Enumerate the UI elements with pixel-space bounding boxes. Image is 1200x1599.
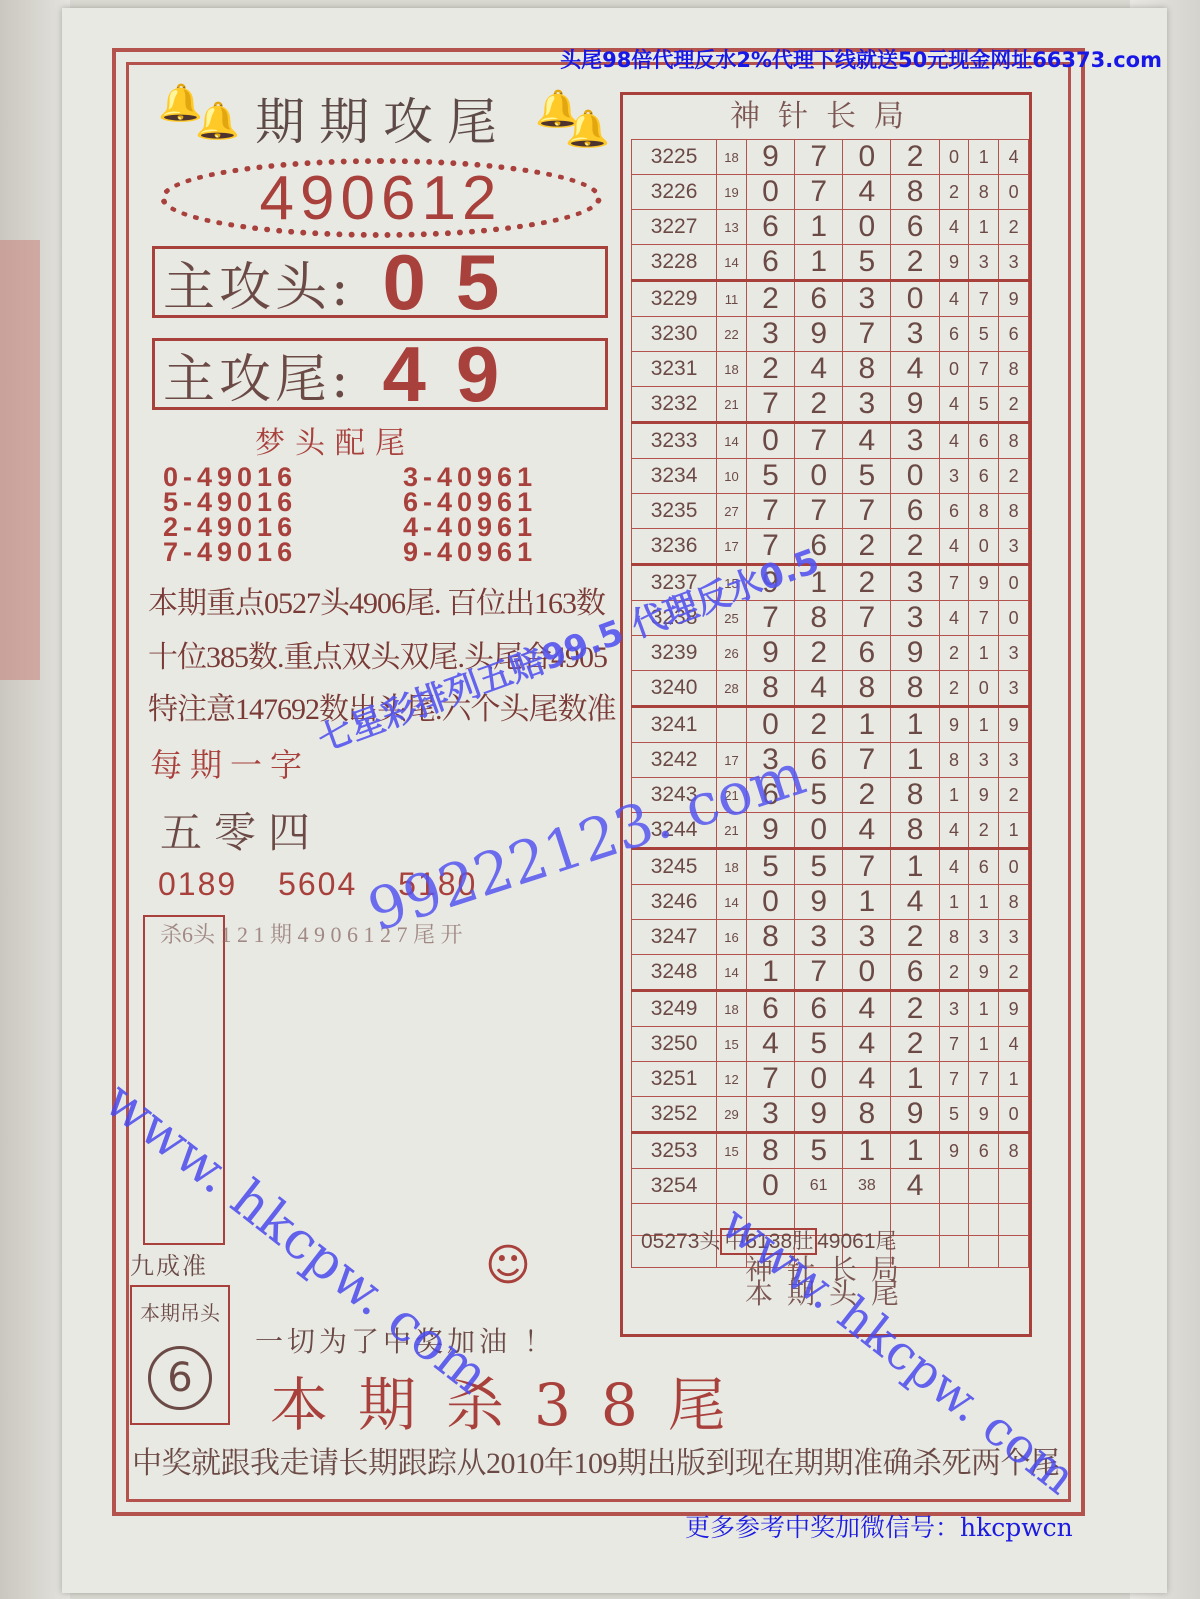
main-head-box: 主攻头: 05 bbox=[152, 246, 608, 318]
tail-digit: 0 bbox=[969, 671, 999, 707]
tail-digit: 0 bbox=[939, 352, 969, 387]
table-row: 3225189702014 bbox=[632, 140, 1029, 175]
sum-value: 18 bbox=[717, 140, 747, 175]
result-digit: 1 bbox=[891, 1133, 939, 1169]
tail-digit: 9 bbox=[939, 245, 969, 281]
result-digit: 6 bbox=[746, 210, 794, 245]
result-digit: 2 bbox=[891, 529, 939, 565]
tail-digit: 9 bbox=[969, 778, 999, 813]
tail-digit: 5 bbox=[969, 387, 999, 423]
watermark-top-ad: 头尾98倍代理反水2%代理下线就送50元现金网址66373.com bbox=[560, 44, 1162, 74]
table-row: 3226190748280 bbox=[632, 175, 1029, 210]
result-digit: 3 bbox=[891, 317, 939, 352]
result-digit: 1 bbox=[891, 707, 939, 743]
result-digit: 2 bbox=[891, 245, 939, 281]
result-digit: 9 bbox=[795, 885, 843, 920]
combo-item: 7-49016 bbox=[163, 537, 297, 568]
table-row: 3233140743468 bbox=[632, 423, 1029, 459]
issue-number: 3233 bbox=[632, 423, 717, 459]
result-digit: 4 bbox=[843, 423, 891, 459]
issue-number: 3250 bbox=[632, 1027, 717, 1062]
result-digit: 4 bbox=[746, 1027, 794, 1062]
table-row: 3245185571460 bbox=[632, 849, 1029, 885]
result-digit: 0 bbox=[746, 1169, 794, 1204]
tail-digit: 8 bbox=[999, 423, 1029, 459]
result-digit: 5 bbox=[795, 1027, 843, 1062]
result-digit: 2 bbox=[891, 991, 939, 1027]
result-digit: 7 bbox=[795, 175, 843, 210]
issue-number: 3230 bbox=[632, 317, 717, 352]
result-digit: 7 bbox=[746, 601, 794, 636]
tail-digit: 9 bbox=[969, 565, 999, 601]
result-digit: 4 bbox=[795, 671, 843, 707]
tail-digit: 2 bbox=[999, 778, 1029, 813]
tail-digit: 2 bbox=[999, 955, 1029, 991]
tail-digit: 6 bbox=[969, 423, 999, 459]
result-digit: 0 bbox=[843, 140, 891, 175]
result-digit: 3 bbox=[843, 281, 891, 317]
sum-value bbox=[717, 707, 747, 743]
result-digit: 5 bbox=[795, 1133, 843, 1169]
combo-title: 梦头配尾 bbox=[255, 418, 415, 462]
result-digit: 7 bbox=[795, 423, 843, 459]
sum-value: 18 bbox=[717, 991, 747, 1027]
tail-digit: 8 bbox=[999, 885, 1029, 920]
result-digit: 1 bbox=[843, 885, 891, 920]
kill-tail-banner: 本期杀38尾 bbox=[270, 1358, 756, 1442]
sum-value: 18 bbox=[717, 849, 747, 885]
result-digit: 8 bbox=[746, 920, 794, 955]
result-digit: 0 bbox=[891, 281, 939, 317]
tail-digit: 0 bbox=[999, 601, 1029, 636]
issue-number: 3246 bbox=[632, 885, 717, 920]
tail-digit: 8 bbox=[999, 352, 1029, 387]
ninety-accuracy-label: 九成准 bbox=[130, 1246, 208, 1281]
issue-number: 3240 bbox=[632, 671, 717, 707]
featured-number-oval: 490612 bbox=[160, 158, 602, 238]
result-digit: 2 bbox=[891, 140, 939, 175]
issue-number: 3248 bbox=[632, 955, 717, 991]
result-digit: 3 bbox=[891, 565, 939, 601]
result-digit: 9 bbox=[891, 1097, 939, 1133]
sum-value: 14 bbox=[717, 955, 747, 991]
tail-digit: 3 bbox=[969, 245, 999, 281]
tail-digit: 7 bbox=[969, 1062, 999, 1097]
result-digit: 7 bbox=[795, 494, 843, 529]
tail-digit: 4 bbox=[999, 1027, 1029, 1062]
sum-value: 21 bbox=[717, 387, 747, 423]
tail-digit: 3 bbox=[999, 245, 1029, 281]
tail-digit: 1 bbox=[969, 140, 999, 175]
tail-digit: 8 bbox=[939, 920, 969, 955]
hanging-head-value: 6 bbox=[148, 1346, 212, 1410]
table-row: 3239269269213 bbox=[632, 636, 1029, 671]
issue-number: 3241 bbox=[632, 707, 717, 743]
result-digit: 0 bbox=[891, 459, 939, 494]
tail-digit: 6 bbox=[999, 317, 1029, 352]
result-digit: 2 bbox=[746, 352, 794, 387]
result-digit: 8 bbox=[746, 671, 794, 707]
tail-digit bbox=[969, 1169, 999, 1204]
tail-digit: 2 bbox=[999, 459, 1029, 494]
result-digit: 9 bbox=[746, 140, 794, 175]
tail-digit: 2 bbox=[999, 387, 1029, 423]
featured-number: 490612 bbox=[260, 163, 503, 234]
result-digit: 1 bbox=[746, 955, 794, 991]
table-row: 3230223973656 bbox=[632, 317, 1029, 352]
result-digit: 1 bbox=[843, 707, 891, 743]
result-digit: 6 bbox=[795, 281, 843, 317]
tail-digit: 4 bbox=[939, 387, 969, 423]
tail-digit: 1 bbox=[969, 1027, 999, 1062]
table-title: 神针长局 bbox=[623, 95, 1029, 139]
sum-value: 28 bbox=[717, 671, 747, 707]
tail-digit: 3 bbox=[999, 920, 1029, 955]
result-digit: 4 bbox=[891, 885, 939, 920]
result-digit: 2 bbox=[843, 529, 891, 565]
result-digit: 4 bbox=[891, 352, 939, 387]
table-row: 3247168332833 bbox=[632, 920, 1029, 955]
result-digit: 7 bbox=[843, 494, 891, 529]
result-digit: 0 bbox=[843, 210, 891, 245]
result-digit: 7 bbox=[843, 849, 891, 885]
result-digit: 8 bbox=[795, 601, 843, 636]
tail-digit: 0 bbox=[999, 1097, 1029, 1133]
tail-digit: 9 bbox=[939, 1133, 969, 1169]
tail-digit: 0 bbox=[999, 175, 1029, 210]
tail-digit: 6 bbox=[939, 317, 969, 352]
hanging-head-box: 本期吊头 6 bbox=[130, 1285, 230, 1425]
tail-digit: 5 bbox=[939, 1097, 969, 1133]
tail-digit: 0 bbox=[999, 565, 1029, 601]
result-digit: 8 bbox=[891, 175, 939, 210]
tail-digit: 8 bbox=[999, 1133, 1029, 1169]
watermark-bottom-wechat: 更多参考中奖加微信号：hkcpwcn bbox=[685, 1508, 1073, 1544]
sum-value: 12 bbox=[717, 1062, 747, 1097]
tail-digit: 1 bbox=[999, 813, 1029, 849]
result-digit: 9 bbox=[795, 1097, 843, 1133]
tail-digit: 1 bbox=[969, 636, 999, 671]
bell-icon: 🔔 bbox=[195, 100, 240, 142]
tail-digit: 4 bbox=[939, 601, 969, 636]
tail-digit: 7 bbox=[969, 281, 999, 317]
sum-value: 14 bbox=[717, 245, 747, 281]
result-digit: 8 bbox=[891, 671, 939, 707]
tail-digit: 3 bbox=[939, 459, 969, 494]
tail-digit: 0 bbox=[969, 529, 999, 565]
result-digit: 7 bbox=[795, 955, 843, 991]
bell-icon: 🔔 bbox=[565, 108, 610, 150]
main-head-label: 主攻头: bbox=[155, 245, 353, 320]
result-digit: 7 bbox=[795, 140, 843, 175]
tail-digit: 0 bbox=[999, 849, 1029, 885]
footer-head: 05273头 bbox=[641, 1230, 720, 1253]
result-digit: 8 bbox=[843, 352, 891, 387]
result-digit: 0 bbox=[795, 813, 843, 849]
tail-digit: 4 bbox=[999, 140, 1029, 175]
table-row: 3251127041771 bbox=[632, 1062, 1029, 1097]
table-row: 3227136106412 bbox=[632, 210, 1029, 245]
table-row: 3235277776688 bbox=[632, 494, 1029, 529]
tail-digit: 4 bbox=[939, 281, 969, 317]
tail-digit: 2 bbox=[939, 955, 969, 991]
tail-digit: 9 bbox=[939, 707, 969, 743]
tail-digit: 3 bbox=[999, 743, 1029, 778]
result-digit: 4 bbox=[795, 352, 843, 387]
tail-digit: 7 bbox=[939, 565, 969, 601]
tail-digit: 3 bbox=[999, 671, 1029, 707]
tail-digit: 7 bbox=[969, 352, 999, 387]
result-digit: 3 bbox=[795, 920, 843, 955]
tail-digit: 1 bbox=[969, 210, 999, 245]
result-digit: 0 bbox=[746, 423, 794, 459]
tail-digit: 1 bbox=[969, 991, 999, 1027]
tail-digit: 8 bbox=[969, 175, 999, 210]
tail-digit: 9 bbox=[999, 281, 1029, 317]
result-digit: 2 bbox=[795, 707, 843, 743]
result-digit: 3 bbox=[891, 601, 939, 636]
note-line: 本期重点0527头4906尾. 百位出163数 bbox=[148, 578, 605, 622]
bottom-slogan: 中奖就跟我走请长期跟踪从2010年109期出版到现在期期准确杀死两个尾 bbox=[132, 1438, 1060, 1482]
tail-digit: 4 bbox=[939, 210, 969, 245]
main-head-value: 05 bbox=[383, 237, 530, 328]
issue-number: 3228 bbox=[632, 245, 717, 281]
tail-digit: 3 bbox=[969, 743, 999, 778]
tail-digit: 2 bbox=[969, 813, 999, 849]
tail-digit bbox=[999, 1169, 1029, 1204]
sum-value: 27 bbox=[717, 494, 747, 529]
sum-value: 18 bbox=[717, 352, 747, 387]
sum-value: 22 bbox=[717, 317, 747, 352]
sum-value: 14 bbox=[717, 885, 747, 920]
table-row: 3254061384 bbox=[632, 1169, 1029, 1204]
result-digit: 1 bbox=[795, 245, 843, 281]
tail-digit: 4 bbox=[939, 813, 969, 849]
result-digit: 2 bbox=[746, 281, 794, 317]
issue-number: 3229 bbox=[632, 281, 717, 317]
sum-value: 19 bbox=[717, 175, 747, 210]
table-row: 3252293989590 bbox=[632, 1097, 1029, 1133]
result-digit: 0 bbox=[795, 1062, 843, 1097]
table-row: 3236177622403 bbox=[632, 529, 1029, 565]
tail-digit: 6 bbox=[969, 849, 999, 885]
tail-digit: 7 bbox=[939, 1027, 969, 1062]
result-digit: 6 bbox=[795, 991, 843, 1027]
main-tail-box: 主攻尾: 49 bbox=[152, 338, 608, 410]
result-digit: 4 bbox=[843, 813, 891, 849]
issue-number: 3231 bbox=[632, 352, 717, 387]
result-digit: 5 bbox=[843, 245, 891, 281]
daily-digit-value: 五零四 bbox=[160, 800, 322, 860]
result-digit: 7 bbox=[843, 743, 891, 778]
issue-number: 3254 bbox=[632, 1169, 717, 1204]
tail-digit: 7 bbox=[969, 601, 999, 636]
tail-digit: 3 bbox=[999, 529, 1029, 565]
issue-number: 3235 bbox=[632, 494, 717, 529]
result-digit: 7 bbox=[843, 601, 891, 636]
table-row: 3231182484078 bbox=[632, 352, 1029, 387]
result-digit: 1 bbox=[843, 1133, 891, 1169]
table-row: 3228146152933 bbox=[632, 245, 1029, 281]
result-digit: 0 bbox=[795, 459, 843, 494]
tail-digit: 1 bbox=[939, 778, 969, 813]
issue-number: 3247 bbox=[632, 920, 717, 955]
needle-table-panel: 神针长局 32251897020143226190748280322713610… bbox=[620, 92, 1032, 1337]
issue-number: 3252 bbox=[632, 1097, 717, 1133]
result-digit: 0 bbox=[746, 175, 794, 210]
result-digit: 5 bbox=[746, 459, 794, 494]
combo-item: 9-40961 bbox=[403, 537, 537, 568]
result-digit: 6 bbox=[746, 991, 794, 1027]
result-digit: 8 bbox=[891, 778, 939, 813]
sum-value: 15 bbox=[717, 1027, 747, 1062]
result-digit: 3 bbox=[843, 387, 891, 423]
sheet-title: 期期攻尾 bbox=[255, 82, 511, 154]
result-digit: 8 bbox=[843, 1097, 891, 1133]
result-digit: 5 bbox=[795, 849, 843, 885]
result-digit: 2 bbox=[891, 1027, 939, 1062]
tail-digit: 6 bbox=[939, 494, 969, 529]
result-digit: 38 bbox=[843, 1169, 891, 1204]
tail-digit: 1 bbox=[969, 707, 999, 743]
result-digit: 4 bbox=[891, 1169, 939, 1204]
result-digit: 5 bbox=[843, 459, 891, 494]
result-digit: 2 bbox=[795, 387, 843, 423]
sum-value: 10 bbox=[717, 459, 747, 494]
tail-digit: 1 bbox=[939, 885, 969, 920]
tail-digit: 8 bbox=[939, 743, 969, 778]
result-digit: 0 bbox=[843, 955, 891, 991]
tail-digit: 2 bbox=[939, 175, 969, 210]
issue-number: 3249 bbox=[632, 991, 717, 1027]
tail-digit: 4 bbox=[939, 849, 969, 885]
result-digit: 2 bbox=[795, 636, 843, 671]
table-row: 3249186642319 bbox=[632, 991, 1029, 1027]
result-digit: 6 bbox=[891, 210, 939, 245]
result-digit: 9 bbox=[891, 387, 939, 423]
result-digit: 0 bbox=[746, 885, 794, 920]
table-row: 3240288488203 bbox=[632, 671, 1029, 707]
tail-digit: 1 bbox=[999, 1062, 1029, 1097]
result-digit: 9 bbox=[746, 636, 794, 671]
issue-number: 3236 bbox=[632, 529, 717, 565]
tail-digit: 6 bbox=[969, 459, 999, 494]
result-digit: 3 bbox=[746, 1097, 794, 1133]
table-row: 3229112630479 bbox=[632, 281, 1029, 317]
tail-digit: 9 bbox=[999, 707, 1029, 743]
footer-tail: 49061尾 bbox=[817, 1230, 896, 1253]
tail-digit: 9 bbox=[999, 991, 1029, 1027]
mascot-illustration-icon: ☺ bbox=[485, 1240, 531, 1291]
result-digit: 7 bbox=[746, 494, 794, 529]
result-digit: 4 bbox=[843, 1027, 891, 1062]
sum-value: 13 bbox=[717, 210, 747, 245]
table-row: 3232217239452 bbox=[632, 387, 1029, 423]
tail-digit: 7 bbox=[939, 1062, 969, 1097]
result-digit: 9 bbox=[891, 636, 939, 671]
tail-digit: 9 bbox=[969, 955, 999, 991]
table-row: 3248141706292 bbox=[632, 955, 1029, 991]
tail-digit: 3 bbox=[969, 920, 999, 955]
sum-value: 14 bbox=[717, 423, 747, 459]
background-red-poster bbox=[0, 240, 40, 680]
tail-digit: 4 bbox=[939, 529, 969, 565]
tail-digit: 2 bbox=[939, 671, 969, 707]
tail-digit: 3 bbox=[999, 636, 1029, 671]
sum-value: 26 bbox=[717, 636, 747, 671]
tail-digit: 5 bbox=[969, 317, 999, 352]
tail-digit: 8 bbox=[969, 494, 999, 529]
tail-digit: 6 bbox=[969, 1133, 999, 1169]
issue-number: 3225 bbox=[632, 140, 717, 175]
result-digit: 8 bbox=[746, 1133, 794, 1169]
issue-number: 3253 bbox=[632, 1133, 717, 1169]
result-digit: 3 bbox=[843, 920, 891, 955]
result-digit: 8 bbox=[891, 813, 939, 849]
result-digit: 6 bbox=[891, 494, 939, 529]
tail-digit: 9 bbox=[969, 1097, 999, 1133]
table-row: 3253158511968 bbox=[632, 1133, 1029, 1169]
tail-digit: 0 bbox=[939, 140, 969, 175]
hanging-head-label: 本期吊头 bbox=[132, 1297, 228, 1326]
issue-number: 3251 bbox=[632, 1062, 717, 1097]
result-digit: 6 bbox=[891, 955, 939, 991]
sum-value: 29 bbox=[717, 1097, 747, 1133]
tail-digit: 8 bbox=[999, 494, 1029, 529]
tail-digit bbox=[939, 1169, 969, 1204]
result-digit: 0 bbox=[746, 707, 794, 743]
result-digit: 9 bbox=[795, 317, 843, 352]
result-digit: 61 bbox=[795, 1169, 843, 1204]
result-digit: 8 bbox=[843, 671, 891, 707]
issue-number: 3234 bbox=[632, 459, 717, 494]
result-digit: 6 bbox=[843, 636, 891, 671]
tail-digit: 2 bbox=[939, 636, 969, 671]
footer-summary: 05273头中6138肚49061尾 bbox=[631, 1225, 1027, 1255]
sum-value: 15 bbox=[717, 1133, 747, 1169]
sum-value: 16 bbox=[717, 920, 747, 955]
tail-digit: 2 bbox=[999, 210, 1029, 245]
result-digit: 1 bbox=[891, 1062, 939, 1097]
result-digit: 7 bbox=[843, 317, 891, 352]
result-digit: 1 bbox=[795, 210, 843, 245]
result-digit: 5 bbox=[746, 849, 794, 885]
table-row: 3234105050362 bbox=[632, 459, 1029, 494]
issue-number: 3232 bbox=[632, 387, 717, 423]
results-table: 3225189702014322619074828032271361064123… bbox=[631, 139, 1029, 1268]
issue-number: 3226 bbox=[632, 175, 717, 210]
result-digit: 1 bbox=[891, 849, 939, 885]
main-tail-label: 主攻尾: bbox=[155, 337, 353, 412]
tail-digit: 3 bbox=[939, 991, 969, 1027]
table-row: 3246140914118 bbox=[632, 885, 1029, 920]
tail-digit: 4 bbox=[939, 423, 969, 459]
result-digit: 7 bbox=[746, 387, 794, 423]
tail-digit: 1 bbox=[969, 885, 999, 920]
result-digit: 2 bbox=[843, 778, 891, 813]
result-digit: 4 bbox=[843, 175, 891, 210]
result-digit: 4 bbox=[843, 1062, 891, 1097]
result-digit: 3 bbox=[891, 423, 939, 459]
result-digit: 7 bbox=[746, 1062, 794, 1097]
daily-digit-label: 每期一字 bbox=[150, 740, 310, 786]
issue-number: 3227 bbox=[632, 210, 717, 245]
result-digit: 4 bbox=[843, 991, 891, 1027]
result-digit: 1 bbox=[891, 743, 939, 778]
result-digit: 6 bbox=[746, 245, 794, 281]
main-tail-value: 49 bbox=[383, 329, 530, 420]
result-digit: 2 bbox=[843, 565, 891, 601]
